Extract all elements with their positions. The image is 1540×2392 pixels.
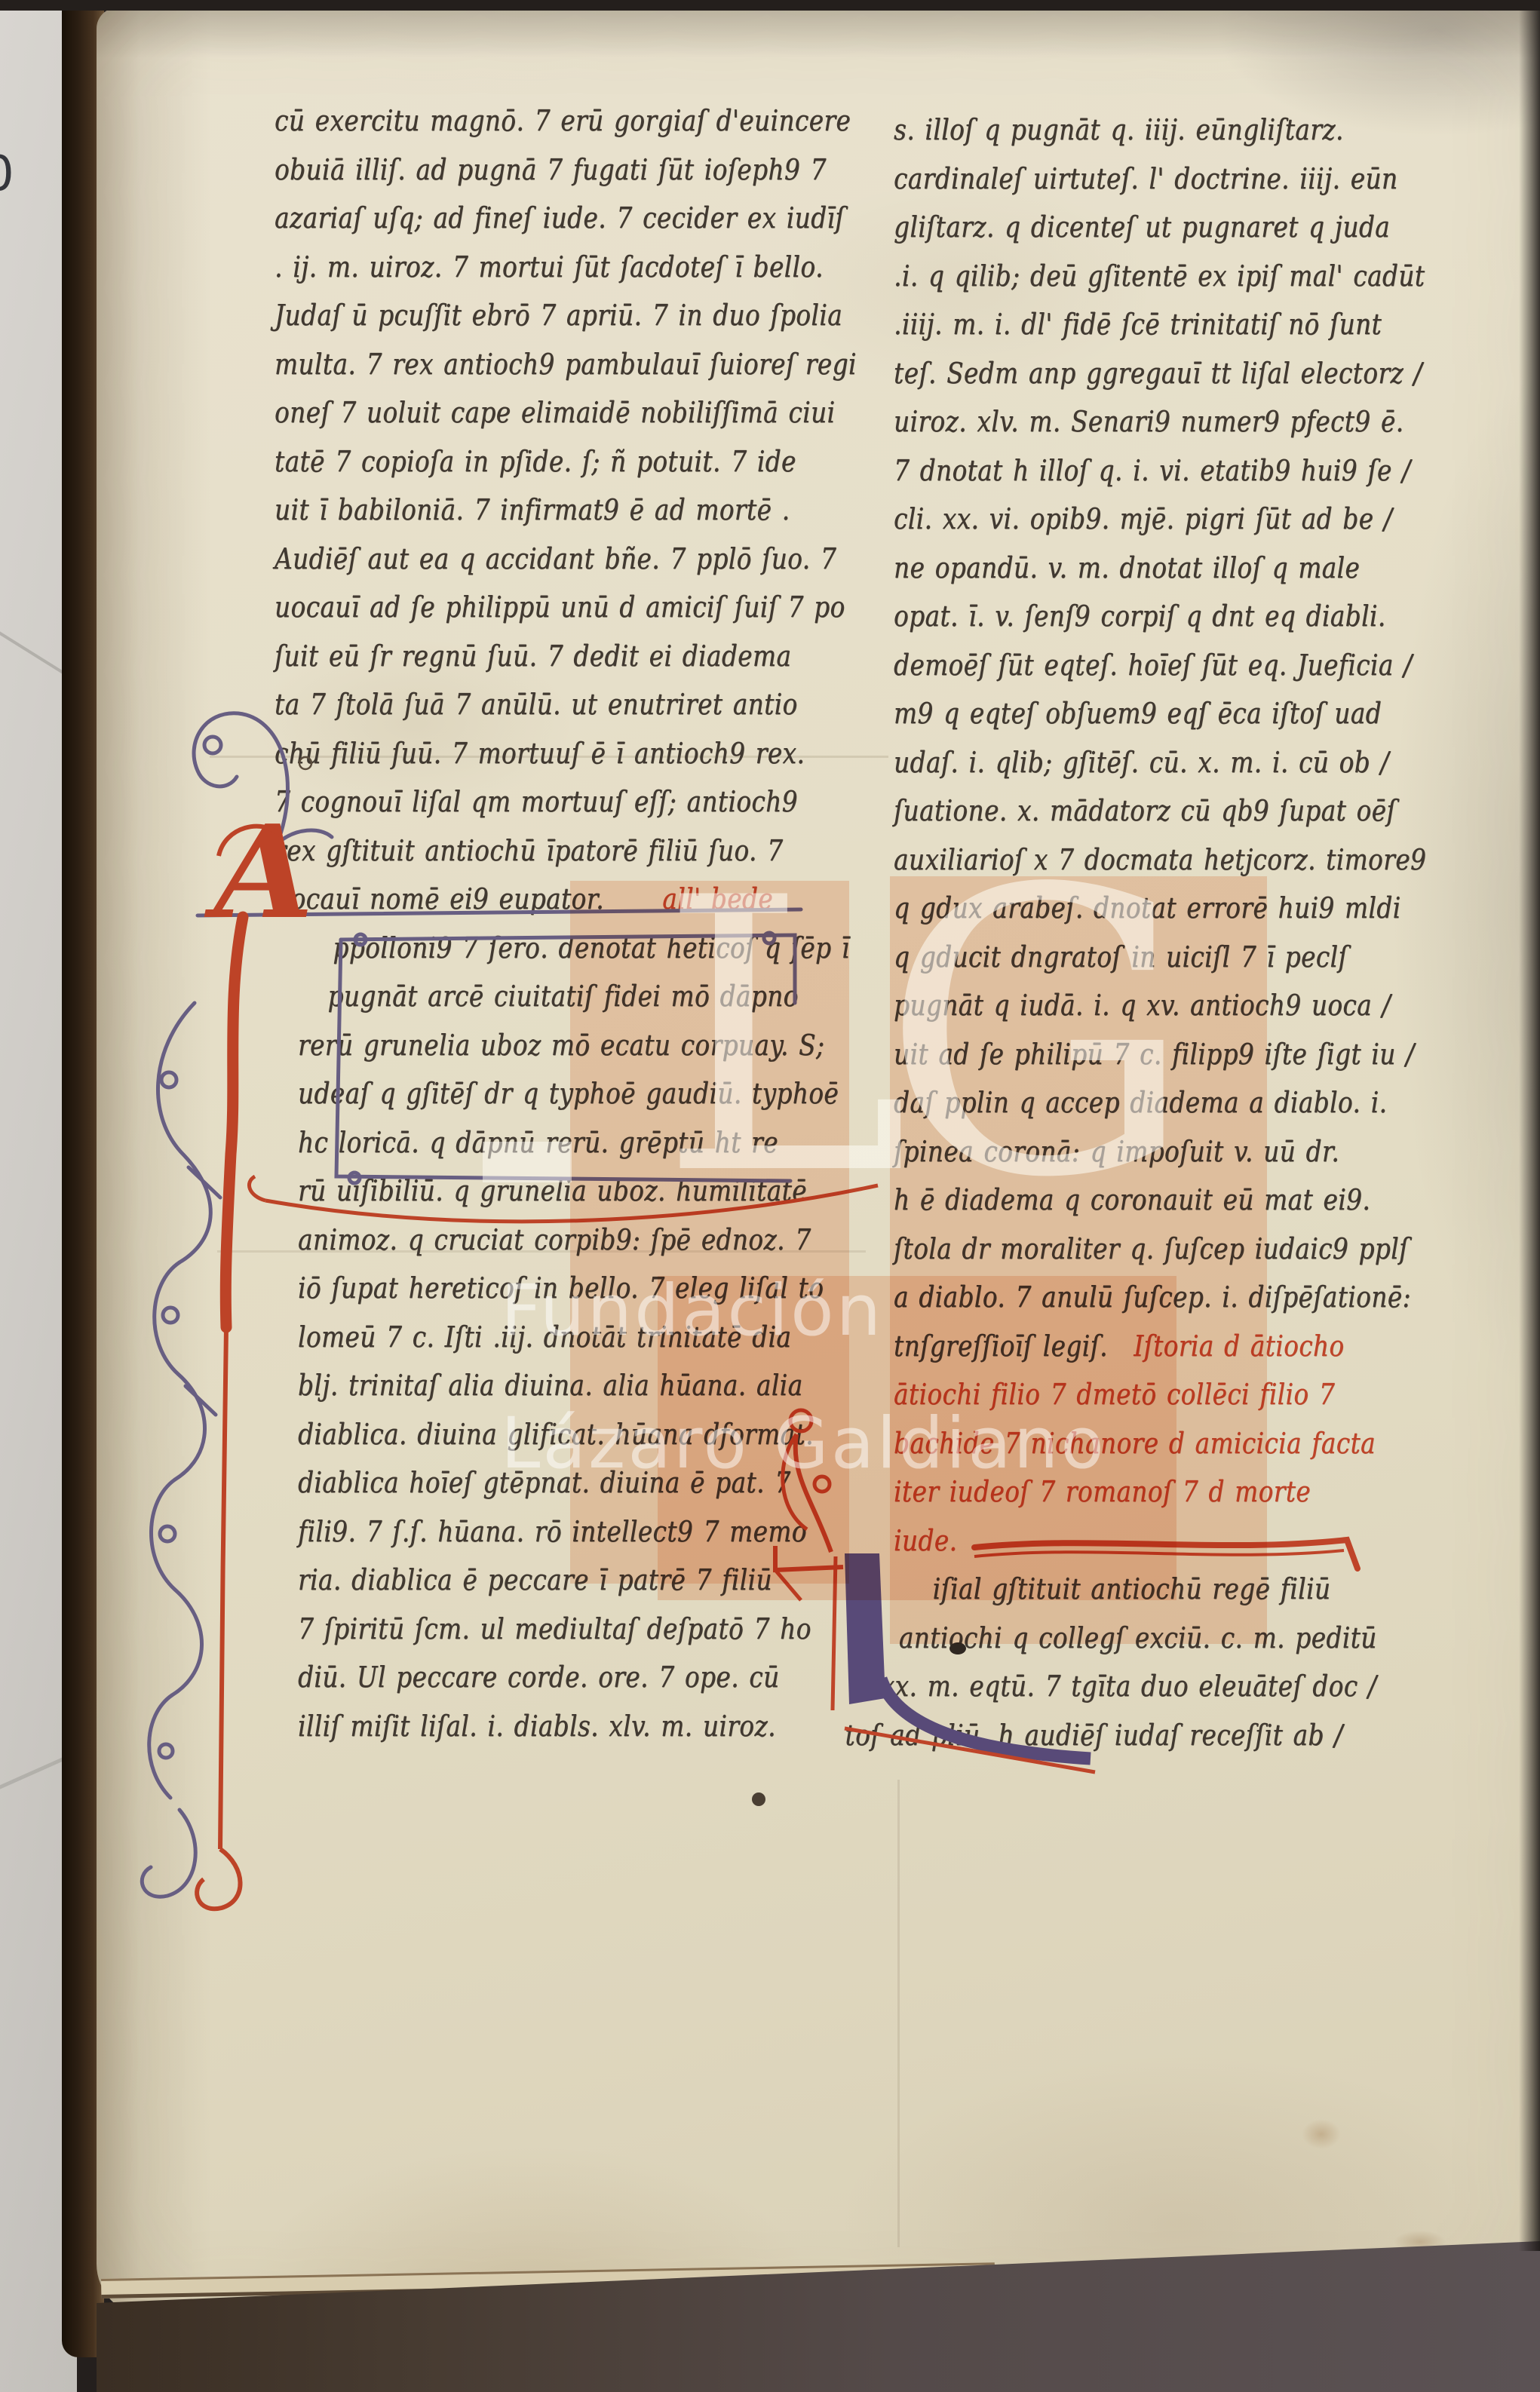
ring-mark <box>299 757 311 769</box>
initial-a-letter: A <box>204 797 314 948</box>
watermark-text-line2: Lázaro Galdiano <box>501 1409 1106 1480</box>
ink-spot <box>949 1642 966 1654</box>
ink-spot <box>752 1792 765 1806</box>
photo-right-edge-shadow <box>1519 0 1540 2251</box>
watermark-letter-l: L <box>659 849 910 1226</box>
margin-stamp: 0 <box>0 146 14 202</box>
watermark-letter-fragment <box>483 1142 572 1182</box>
watermark-letter-g: G <box>881 839 1194 1231</box>
watermark-text-line1: Fundación <box>501 1276 883 1347</box>
manuscript-photo: cū exercitu magnō. 7 erū gorgiaſ d'euinc… <box>0 0 1540 2392</box>
photo-top-edge <box>0 0 1540 11</box>
